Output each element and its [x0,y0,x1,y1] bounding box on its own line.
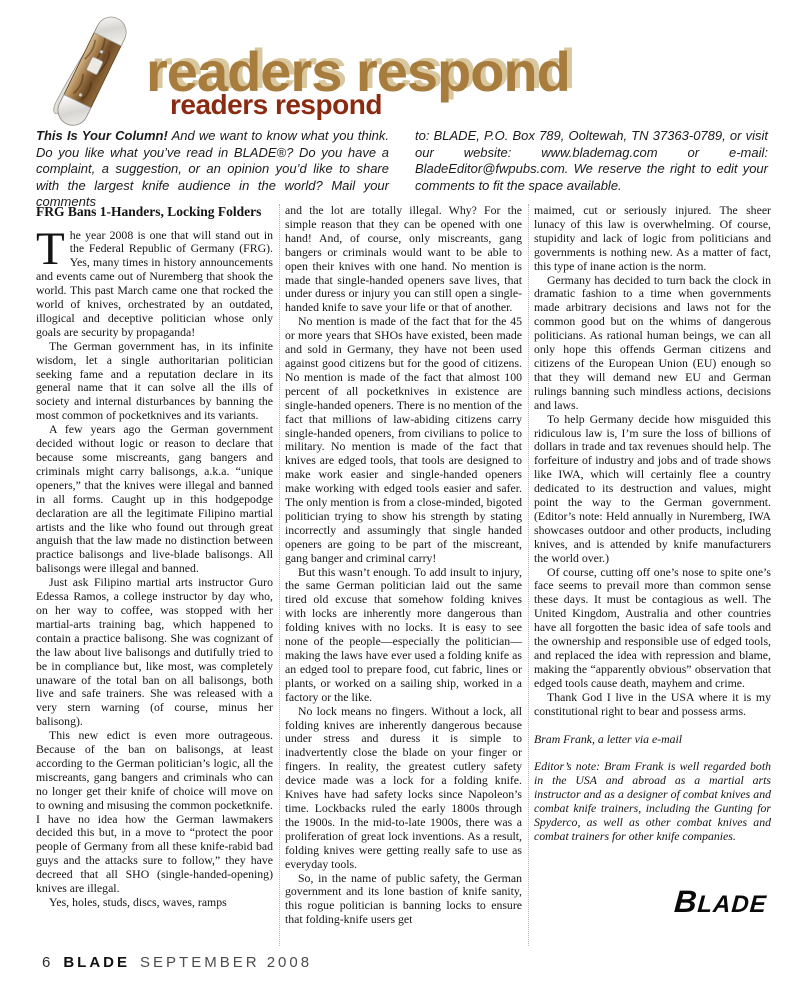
letter-heading: FRG Bans 1-Handers, Locking Folders [36,204,273,220]
article-body: FRG Bans 1-Handers, Locking Folders The … [36,204,768,946]
paragraph: Thank God I live in the USA where it is … [534,691,771,719]
magazine-name: BLADE [63,954,130,971]
column-intro: This Is Your Column! And we want to know… [36,128,768,211]
paragraph: So, in the name of public safety, the Ge… [285,872,522,928]
paragraph: But this wasn’t enough. To add insult to… [285,566,522,705]
issue-date: SEPTEMBER 2008 [140,954,312,971]
article-column-2: and the lot are totally illegal. Why? Fo… [285,204,522,946]
paragraph: Germany has decided to turn back the clo… [534,274,771,413]
paragraph: This new edict is even more outrageous. … [36,729,273,896]
paragraph: No mention is made of the fact that for … [285,315,522,565]
paragraph: maimed, cut or seriously injured. The sh… [534,204,771,274]
page-title-echo: readers respond [170,91,382,119]
magazine-page: readers respond readers respond This Is … [0,0,800,1000]
intro-right-text: to: BLADE, P.O. Box 789, Ooltewah, TN 37… [415,128,768,193]
paragraph: The German government has, in its infini… [36,340,273,423]
paragraph: Just ask Filipino martial arts instructo… [36,576,273,729]
paragraph: No lock means no fingers. Without a lock… [285,705,522,872]
paragraph: Of course, cutting off one’s nose to spi… [534,566,771,691]
paragraph: Yes, holes, studs, discs, waves, ramps [36,896,273,910]
article-column-3: maimed, cut or seriously injured. The sh… [534,204,771,946]
page-footer: 6BLADESEPTEMBER 2008 [42,954,312,971]
article-column-1: FRG Bans 1-Handers, Locking Folders The … [36,204,273,946]
drop-cap: T [36,229,70,268]
paragraph: and the lot are totally illegal. Why? Fo… [285,204,522,315]
column-divider [279,204,280,946]
intro-left-column: This Is Your Column! And we want to know… [36,128,389,211]
paragraph: The year 2008 is one that will stand out… [36,229,273,340]
page-number: 6 [42,954,53,971]
column-divider [528,204,529,946]
editors-note: Editor’s note: Bram Frank is well regard… [534,760,771,843]
intro-lead-in: This Is Your Column! [36,128,168,143]
blade-logo: BLADE [533,884,773,920]
letter-signature: Bram Frank, a letter via e-mail [534,733,771,747]
paragraph: To help Germany decide how misguided thi… [534,413,771,566]
intro-right-column: to: BLADE, P.O. Box 789, Ooltewah, TN 37… [415,128,768,211]
paragraph: A few years ago the German government de… [36,423,273,576]
